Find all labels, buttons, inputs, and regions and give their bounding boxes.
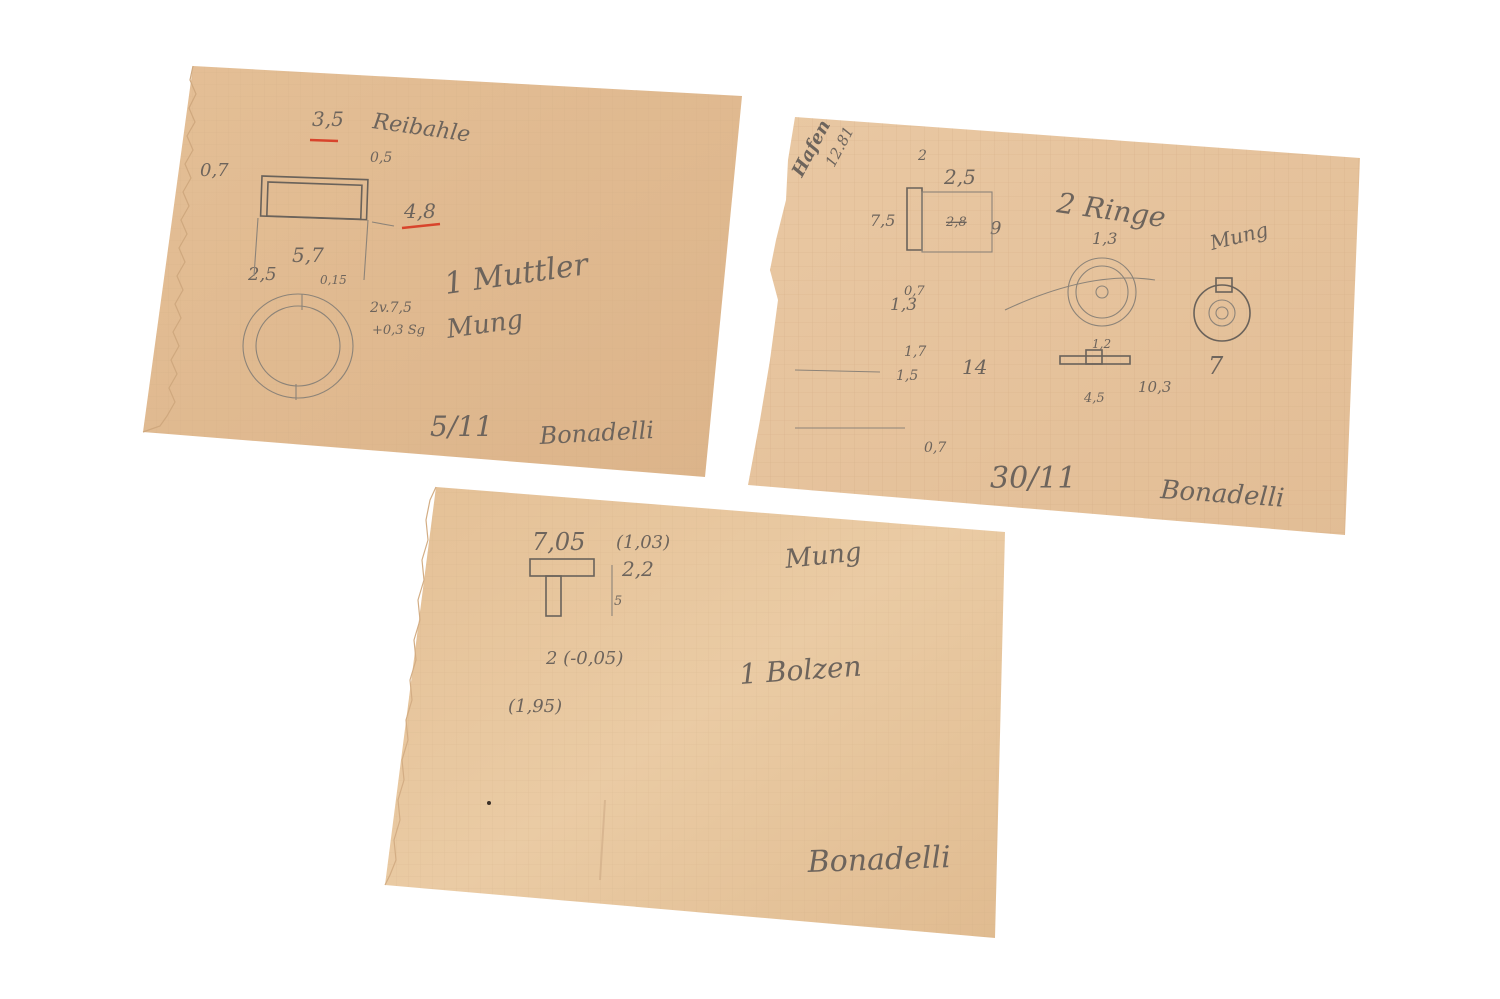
dimension-label: 0,15 — [320, 273, 347, 287]
dimension-label: 0,7 — [200, 160, 229, 181]
dimension-label: 14 — [962, 355, 987, 379]
red-underline — [310, 140, 338, 141]
dimension-label: 5 — [614, 594, 622, 609]
dimension-label: 2,2 — [621, 557, 654, 581]
side-note: 2v.7,5 — [369, 300, 412, 316]
dimension-label: 5,7 — [292, 243, 324, 267]
date: 30/11 — [990, 461, 1076, 496]
dimension-label: 1,2 — [1092, 337, 1111, 351]
dimension-label: 0,7 — [924, 440, 946, 456]
dimension-label: 2,5 — [943, 165, 976, 189]
dimension-label: 7 — [1208, 352, 1224, 380]
dimension-label: (1,03) — [616, 532, 670, 553]
dimension-label: 1,5 — [896, 368, 918, 384]
dimension-label: 2,5 — [247, 264, 277, 285]
dimension-label: 4,5 — [1083, 391, 1105, 406]
note-top-left: Reibahle 3,5 0,7 0,5 4,8 5,7 2,5 0,15 2v… — [143, 66, 742, 477]
signature: Bonadelli — [806, 840, 951, 880]
note-top-right: Hafen 12.81 2 2,5 7,5 2,8 9 0,7 1,3 2 Ri… — [748, 117, 1360, 535]
dimension-label: (1,95) — [508, 696, 562, 717]
dimension-label: 1,7 — [904, 344, 926, 360]
dimension-label: 2 — [917, 148, 927, 164]
dimension-label: 3,5 — [312, 107, 344, 131]
side-note: +0,3 Sg — [372, 323, 425, 338]
dimension-label: 1,3 — [890, 295, 917, 315]
dimension-label: 10,3 — [1138, 378, 1171, 396]
dimension-label: 7,5 — [870, 211, 895, 230]
dimension-label: 2,8 — [945, 215, 967, 230]
dimension-label: 4,8 — [403, 199, 436, 223]
note-bottom: 7,05 (1,03) 2,2 5 2 (-0,05) (1,95) Mung … — [385, 487, 1005, 938]
dimension-label: 2 (-0,05) — [545, 648, 623, 669]
date: 5/11 — [430, 410, 493, 443]
dimension-label: 7,05 — [532, 528, 585, 556]
photo-scene: Reibahle 3,5 0,7 0,5 4,8 5,7 2,5 0,15 2v… — [0, 0, 1500, 999]
dimension-label: 0,5 — [370, 150, 392, 166]
dimension-label: 1,3 — [1092, 229, 1117, 248]
